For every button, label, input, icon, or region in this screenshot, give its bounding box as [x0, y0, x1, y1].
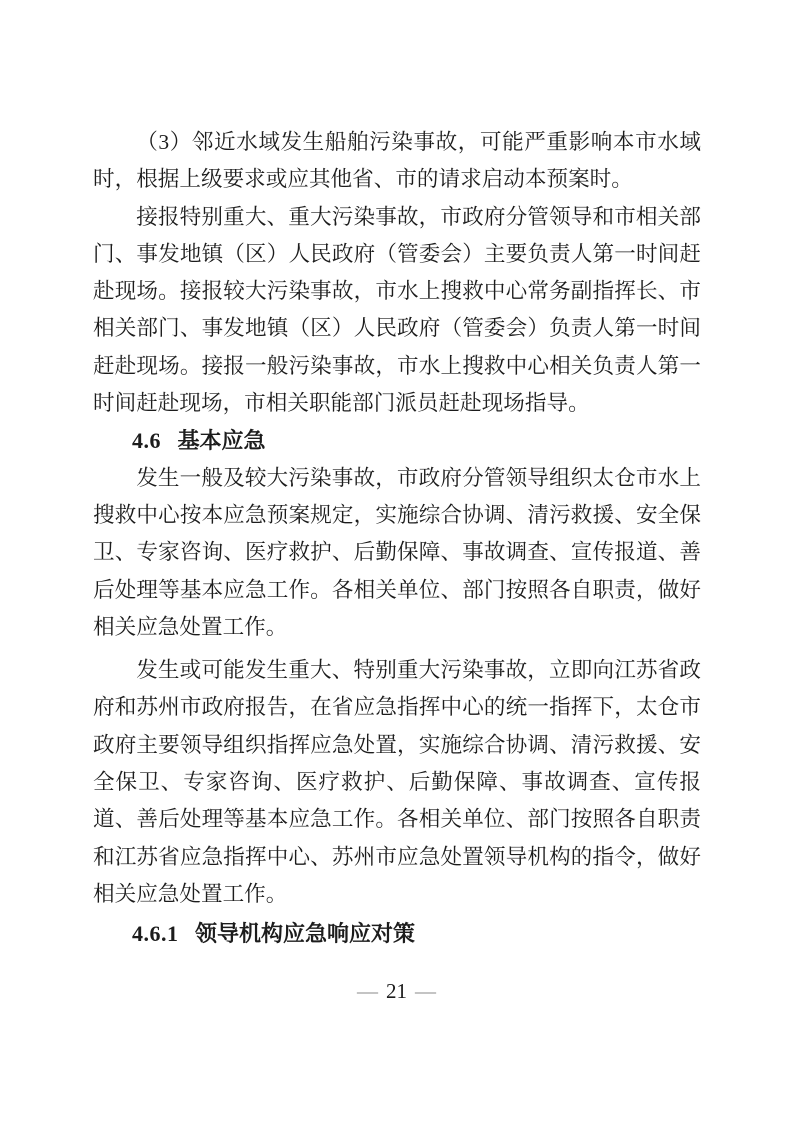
- paragraph-item-3-condition: （3）邻近水域发生船舶污染事故，可能严重影响本市水域时，根据上级要求或应其他省、…: [93, 124, 701, 199]
- section-heading-4-6-1: 4.6.1 领导机构应急响应对策: [93, 915, 701, 952]
- page-number: 21: [386, 979, 407, 1003]
- paragraph-reporting-response: 接报特别重大、重大污染事故，市政府分管领导和市相关部门、事发地镇（区）人民政府（…: [93, 199, 701, 423]
- paragraph-major-emergency: 发生或可能发生重大、特别重大污染事故，立即向江苏省政府和苏州市政府报告，在省应急…: [93, 652, 701, 913]
- section-number: 4.6: [132, 428, 161, 453]
- page-footer: —21—: [0, 978, 793, 1004]
- section-number: 4.6.1: [132, 921, 179, 946]
- page-body: （3）邻近水域发生船舶污染事故，可能严重影响本市水域时，根据上级要求或应其他省、…: [93, 124, 701, 953]
- document-page: （3）邻近水域发生船舶污染事故，可能严重影响本市水域时，根据上级要求或应其他省、…: [0, 0, 793, 1122]
- section-title: 领导机构应急响应对策: [195, 921, 415, 946]
- footer-dash-left: —: [357, 979, 378, 1003]
- section-title: 基本应急: [178, 428, 266, 453]
- paragraph-general-emergency: 发生一般及较大污染事故，市政府分管领导组织太仓市水上搜救中心按本应急预案规定，实…: [93, 460, 701, 646]
- footer-dash-right: —: [415, 979, 436, 1003]
- section-heading-4-6: 4.6 基本应急: [93, 422, 701, 459]
